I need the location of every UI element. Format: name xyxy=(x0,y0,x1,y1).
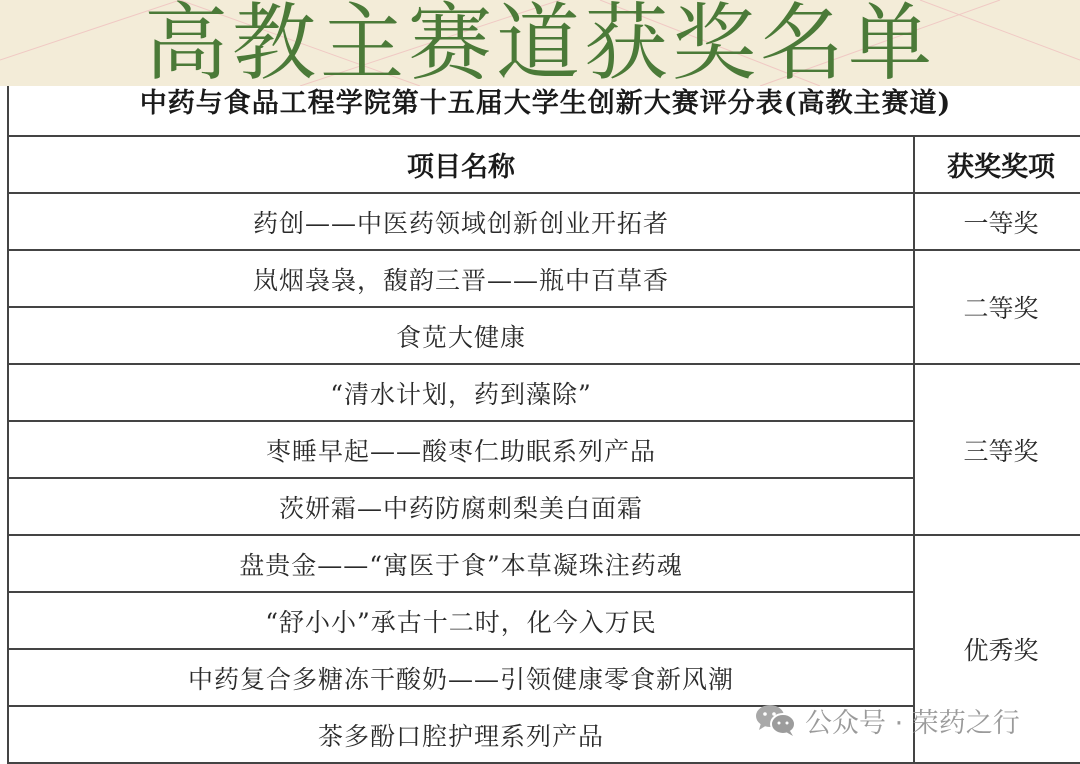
project-name-cell: “舒小小”承古十二时，化今入万民 xyxy=(8,592,914,649)
header-banner: 高教主赛道获奖名单 xyxy=(0,0,1080,86)
awards-table: 项目名称 获奖奖项 药创——中医药领域创新创业开拓者 一等奖 岚烟袅袅，馥韵三晋… xyxy=(7,135,1080,764)
award-sheet: 中药与食品工程学院第十五届大学生创新大赛评分表(高教主赛道) 项目名称 获奖奖项… xyxy=(7,86,1080,764)
sheet-title: 中药与食品工程学院第十五届大学生创新大赛评分表(高教主赛道) xyxy=(9,86,1080,135)
project-name-cell: 中药复合多糖冻干酸奶——引领健康零食新风潮 xyxy=(8,649,914,706)
table-row: 盘贵金——“寓医于食”本草凝珠注药魂 优秀奖 xyxy=(8,535,1080,592)
table-row: 岚烟袅袅，馥韵三晋——瓶中百草香 二等奖 xyxy=(8,250,1080,307)
table-row: 药创——中医药领域创新创业开拓者 一等奖 xyxy=(8,193,1080,250)
project-name-cell: 食苋大健康 xyxy=(8,307,914,364)
banner-title: 高教主赛道获奖名单 xyxy=(0,0,1080,86)
award-cell: 一等奖 xyxy=(914,193,1080,250)
wechat-icon xyxy=(755,703,797,737)
project-name-cell: 茨妍霜—中药防腐刺梨美白面霜 xyxy=(8,478,914,535)
column-header-project-name: 项目名称 xyxy=(8,136,914,193)
watermark: 公众号 · 荣药之行 xyxy=(755,700,1020,740)
table-row: “清水计划，药到藻除” 三等奖 xyxy=(8,364,1080,421)
project-name-cell: 盘贵金——“寓医于食”本草凝珠注药魂 xyxy=(8,535,914,592)
project-name-cell: 岚烟袅袅，馥韵三晋——瓶中百草香 xyxy=(8,250,914,307)
project-name-cell: 药创——中医药领域创新创业开拓者 xyxy=(8,193,914,250)
project-name-cell: 枣睡早起——酸枣仁助眠系列产品 xyxy=(8,421,914,478)
table-header-row: 项目名称 获奖奖项 xyxy=(8,136,1080,193)
watermark-text: 公众号 · 荣药之行 xyxy=(805,701,1020,740)
column-header-award: 获奖奖项 xyxy=(914,136,1080,193)
project-name-cell: “清水计划，药到藻除” xyxy=(8,364,914,421)
award-cell: 三等奖 xyxy=(914,364,1080,535)
award-cell: 二等奖 xyxy=(914,250,1080,364)
